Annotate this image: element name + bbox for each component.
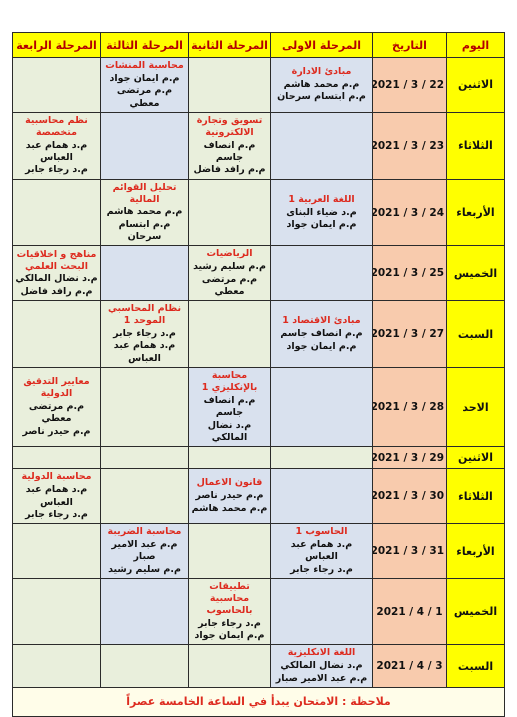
table-row: الخميس2021 / 4 / 1تطبيقات محاسبية بالحاس… <box>13 579 505 645</box>
lecturer-name: م.م مرتضى معطي <box>15 401 98 426</box>
subject-title: مبادئ الادارة <box>273 66 370 78</box>
date-cell: 2021 / 3 / 23 <box>373 112 447 179</box>
date-value: 2021 / 3 / 29 <box>373 452 445 464</box>
exam-time-note: ملاحظة : الامتحان يبدأ في الساعة الخامسة… <box>13 687 505 716</box>
subject-title: الرياضيات <box>191 248 268 260</box>
lecturer-name: م.م محمد هاشم <box>273 79 370 91</box>
stage-cell-4 <box>13 579 101 645</box>
page: { "colors": { "header_bg": "#ffff00", "h… <box>0 0 517 593</box>
date-value: 2021 / 4 / 1 <box>376 606 442 618</box>
stage-cell-3: تحليل القوائم الماليةم.م محمد هاشمم.م اب… <box>101 179 189 246</box>
lecturer-name: م.د رجاء جابر <box>103 328 186 340</box>
stage-cell-2 <box>189 524 271 579</box>
stage-cell-3 <box>101 469 189 524</box>
table-row: الثلاثاء2021 / 3 / 30قانون الاعمالم.م حي… <box>13 469 505 524</box>
date-cell: 2021 / 3 / 29 <box>373 447 447 469</box>
date-cell: 2021 / 3 / 25 <box>373 246 447 301</box>
lecturer-name: م.م محمد هاشم <box>191 503 268 515</box>
table-row: الأربعاء2021 / 3 / 24اللغة العربية 1م.د … <box>13 179 505 246</box>
lecturer-name: م.د همام عبد العباس <box>15 484 98 509</box>
subject-title: محاسبة بالإنكليزي 1 <box>191 370 268 394</box>
table-row: الأربعاء2021 / 3 / 31الحاسوب 1م.د همام ع… <box>13 524 505 579</box>
lecturer-name: م.م ايمان جواد <box>273 341 370 353</box>
lecturer-name: م.د رجاء جابر <box>15 164 98 176</box>
date-value: 2021 / 3 / 22 <box>373 79 445 91</box>
stage-cell-2: تطبيقات محاسبية بالحاسوبم.د رجاء جابرم.م… <box>189 579 271 645</box>
stage-cell-1: مبادئ الاقتصاد 1م.م انصاف جاسمم.م ايمان … <box>271 301 373 368</box>
lecturer-name: م.د ضياء البناى <box>273 207 370 219</box>
stage-cell-1 <box>271 469 373 524</box>
stage-cell-1: الحاسوب 1م.د همام عبد العباسم.د رجاء جاب… <box>271 524 373 579</box>
stage-cell-1 <box>271 447 373 469</box>
header-stage-3: المرحلة الثالثة <box>101 33 189 58</box>
lecturer-name: م.م انصاف جاسم <box>191 140 268 165</box>
table-row: الاثنين2021 / 3 / 29 <box>13 447 505 469</box>
table-row: الثلاثاء2021 / 3 / 23تسويق وتجارة الالكت… <box>13 112 505 179</box>
table-row: الاثنين2021 / 3 / 22مبادئ الادارةم.م محم… <box>13 58 505 113</box>
exam-schedule-table: اليوم التاريخ المرحلة الاولى المرحلة الث… <box>12 32 505 717</box>
stage-cell-4: محاسبة الدوليةم.د همام عبد العباسم.د رجا… <box>13 469 101 524</box>
subject-title: نظام المحاسبي الموحد 1 <box>103 303 186 327</box>
day-cell: الثلاثاء <box>447 112 505 179</box>
subject-title: نظم محاسبية متخصصة <box>15 115 98 139</box>
table-row: الاحد2021 / 3 / 28محاسبة بالإنكليزي 1م.م… <box>13 368 505 447</box>
stage-cell-2: تسويق وتجارة الالكترونيةم.م انصاف جاسمم.… <box>189 112 271 179</box>
stage-cell-1: اللغة الانكليزيةم.د نضال المالكيم.م عبد … <box>271 645 373 688</box>
lecturer-name: م.م عبد الامير صبار <box>103 539 186 564</box>
lecturer-name: م.م ابتسام سرحان <box>273 91 370 103</box>
lecturer-name: م.د نضال المالكي <box>15 273 98 285</box>
stage-cell-2 <box>189 58 271 113</box>
day-cell: الاحد <box>447 368 505 447</box>
date-cell: 2021 / 3 / 31 <box>373 524 447 579</box>
lecturer-name: م.م رافد فاضل <box>191 164 268 176</box>
day-cell: الثلاثاء <box>447 469 505 524</box>
subject-title: معايير التدقيق الدولية <box>15 376 98 400</box>
stage-cell-4: مناهج و اخلاقيات البحث العلميم.د نضال ال… <box>13 246 101 301</box>
stage-cell-4 <box>13 58 101 113</box>
date-cell: 2021 / 3 / 28 <box>373 368 447 447</box>
lecturer-name: م.د نضال المالكي <box>191 420 268 445</box>
header-stage-2: المرحلة الثانية <box>189 33 271 58</box>
stage-cell-1: مبادئ الادارةم.م محمد هاشمم.م ابتسام سرح… <box>271 58 373 113</box>
header-row: اليوم التاريخ المرحلة الاولى المرحلة الث… <box>13 33 505 58</box>
stage-cell-1 <box>271 112 373 179</box>
header-day: اليوم <box>447 33 505 58</box>
lecturer-name: م.د رجاء جابر <box>15 509 98 521</box>
lecturer-name: م.م سليم رشيد <box>191 261 268 273</box>
stage-cell-3 <box>101 579 189 645</box>
subject-title: مناهج و اخلاقيات البحث العلمي <box>15 249 98 273</box>
day-cell: الأربعاء <box>447 524 505 579</box>
header-stage-4: المرحلة الرابعة <box>13 33 101 58</box>
lecturer-name: م.د همام عبد العباس <box>15 140 98 165</box>
lecturer-name: م.د همام عبد العباس <box>273 539 370 564</box>
stage-cell-3 <box>101 246 189 301</box>
note-row: ملاحظة : الامتحان يبدأ في الساعة الخامسة… <box>13 687 505 716</box>
stage-cell-4 <box>13 301 101 368</box>
subject-title: تسويق وتجارة الالكترونية <box>191 115 268 139</box>
stage-cell-2: قانون الاعمالم.م حيدر ناصرم.م محمد هاشم <box>189 469 271 524</box>
lecturer-name: م.د همام عبد العباس <box>103 340 186 365</box>
subject-title: مبادئ الاقتصاد 1 <box>273 315 370 327</box>
date-value: 2021 / 3 / 27 <box>373 328 445 340</box>
stage-cell-2 <box>189 447 271 469</box>
lecturer-name: م.م حيدر ناصر <box>191 490 268 502</box>
header-date: التاريخ <box>373 33 447 58</box>
subject-title: قانون الاعمال <box>191 477 268 489</box>
lecturer-name: م.م محمد هاشم <box>103 206 186 218</box>
subject-title: محاسبة الدولية <box>15 471 98 483</box>
date-cell: 2021 / 3 / 24 <box>373 179 447 246</box>
stage-cell-3 <box>101 447 189 469</box>
subject-title: تحليل القوائم المالية <box>103 182 186 206</box>
stage-cell-1 <box>271 368 373 447</box>
date-cell: 2021 / 3 / 27 <box>373 301 447 368</box>
stage-cell-4: معايير التدقيق الدوليةم.م مرتضى معطيم.م … <box>13 368 101 447</box>
subject-title: محاسبة الضريبة <box>103 526 186 538</box>
stage-cell-3: محاسبة المنشاتم.م ايمان جوادم.م مرتضى مع… <box>101 58 189 113</box>
date-value: 2021 / 3 / 28 <box>373 401 445 413</box>
date-cell: 2021 / 4 / 1 <box>373 579 447 645</box>
subject-title: محاسبة المنشات <box>103 60 186 72</box>
lecturer-name: م.م انصاف جاسم <box>191 395 268 420</box>
date-value: 2021 / 3 / 24 <box>373 207 445 219</box>
subject-title: الحاسوب 1 <box>273 526 370 538</box>
day-cell: الاثنين <box>447 447 505 469</box>
lecturer-name: م.م مرتضى معطي <box>191 274 268 299</box>
stage-cell-3 <box>101 368 189 447</box>
date-cell: 2021 / 3 / 22 <box>373 58 447 113</box>
date-value: 2021 / 3 / 30 <box>373 490 445 502</box>
lecturer-name: م.م ايمان جواد <box>191 630 268 642</box>
lecturer-name: م.د رجاء جابر <box>273 564 370 576</box>
day-cell: الخميس <box>447 579 505 645</box>
stage-cell-2: محاسبة بالإنكليزي 1م.م انصاف جاسمم.د نضا… <box>189 368 271 447</box>
subject-title: اللغة الانكليزية <box>273 647 370 659</box>
date-cell: 2021 / 3 / 30 <box>373 469 447 524</box>
day-cell: الأربعاء <box>447 179 505 246</box>
table-header: اليوم التاريخ المرحلة الاولى المرحلة الث… <box>13 33 505 58</box>
stage-cell-2 <box>189 301 271 368</box>
day-cell: السبت <box>447 645 505 688</box>
stage-cell-4 <box>13 524 101 579</box>
stage-cell-4 <box>13 645 101 688</box>
header-stage-1: المرحلة الاولى <box>271 33 373 58</box>
stage-cell-3 <box>101 645 189 688</box>
date-value: 2021 / 4 / 3 <box>376 660 442 672</box>
stage-cell-3: نظام المحاسبي الموحد 1م.د رجاء جابرم.د ه… <box>101 301 189 368</box>
lecturer-name: م.م ايمان جواد <box>273 219 370 231</box>
lecturer-name: م.د رجاء جابر <box>191 618 268 630</box>
day-cell: السبت <box>447 301 505 368</box>
date-value: 2021 / 3 / 31 <box>373 545 445 557</box>
stage-cell-1: اللغة العربية 1م.د ضياء البناىم.م ايمان … <box>271 179 373 246</box>
stage-cell-2: الرياضياتم.م سليم رشيدم.م مرتضى معطي <box>189 246 271 301</box>
lecturer-name: م.د نضال المالكي <box>273 660 370 672</box>
lecturer-name: م.م حيدر ناصر <box>15 426 98 438</box>
stage-cell-3: محاسبة الضريبةم.م عبد الامير صبارم.م سلي… <box>101 524 189 579</box>
date-value: 2021 / 3 / 23 <box>373 140 445 152</box>
date-cell: 2021 / 4 / 3 <box>373 645 447 688</box>
subject-title: تطبيقات محاسبية بالحاسوب <box>191 581 268 617</box>
table-footer: ملاحظة : الامتحان يبدأ في الساعة الخامسة… <box>13 687 505 716</box>
stage-cell-3 <box>101 112 189 179</box>
day-cell: الخميس <box>447 246 505 301</box>
stage-cell-2 <box>189 645 271 688</box>
lecturer-name: م.م انصاف جاسم <box>273 328 370 340</box>
date-value: 2021 / 3 / 25 <box>373 267 445 279</box>
table-row: السبت2021 / 3 / 27مبادئ الاقتصاد 1م.م ان… <box>13 301 505 368</box>
stage-cell-4 <box>13 179 101 246</box>
stage-cell-2 <box>189 179 271 246</box>
table-row: الخميس2021 / 3 / 25الرياضياتم.م سليم رشي… <box>13 246 505 301</box>
lecturer-name: م.م عبد الامير صبار <box>273 673 370 685</box>
lecturer-name: م.م رافد فاضل <box>15 286 98 298</box>
subject-title: اللغة العربية 1 <box>273 194 370 206</box>
stage-cell-1 <box>271 246 373 301</box>
lecturer-name: م.م مرتضى معطي <box>103 85 186 110</box>
table-row: السبت2021 / 4 / 3اللغة الانكليزيةم.د نضا… <box>13 645 505 688</box>
lecturer-name: م.م ابتسام سرحان <box>103 219 186 244</box>
lecturer-name: م.م ايمان جواد <box>103 73 186 85</box>
stage-cell-1 <box>271 579 373 645</box>
day-cell: الاثنين <box>447 58 505 113</box>
lecturer-name: م.م سليم رشيد <box>103 564 186 576</box>
stage-cell-4 <box>13 447 101 469</box>
stage-cell-4: نظم محاسبية متخصصةم.د همام عبد العباسم.د… <box>13 112 101 179</box>
